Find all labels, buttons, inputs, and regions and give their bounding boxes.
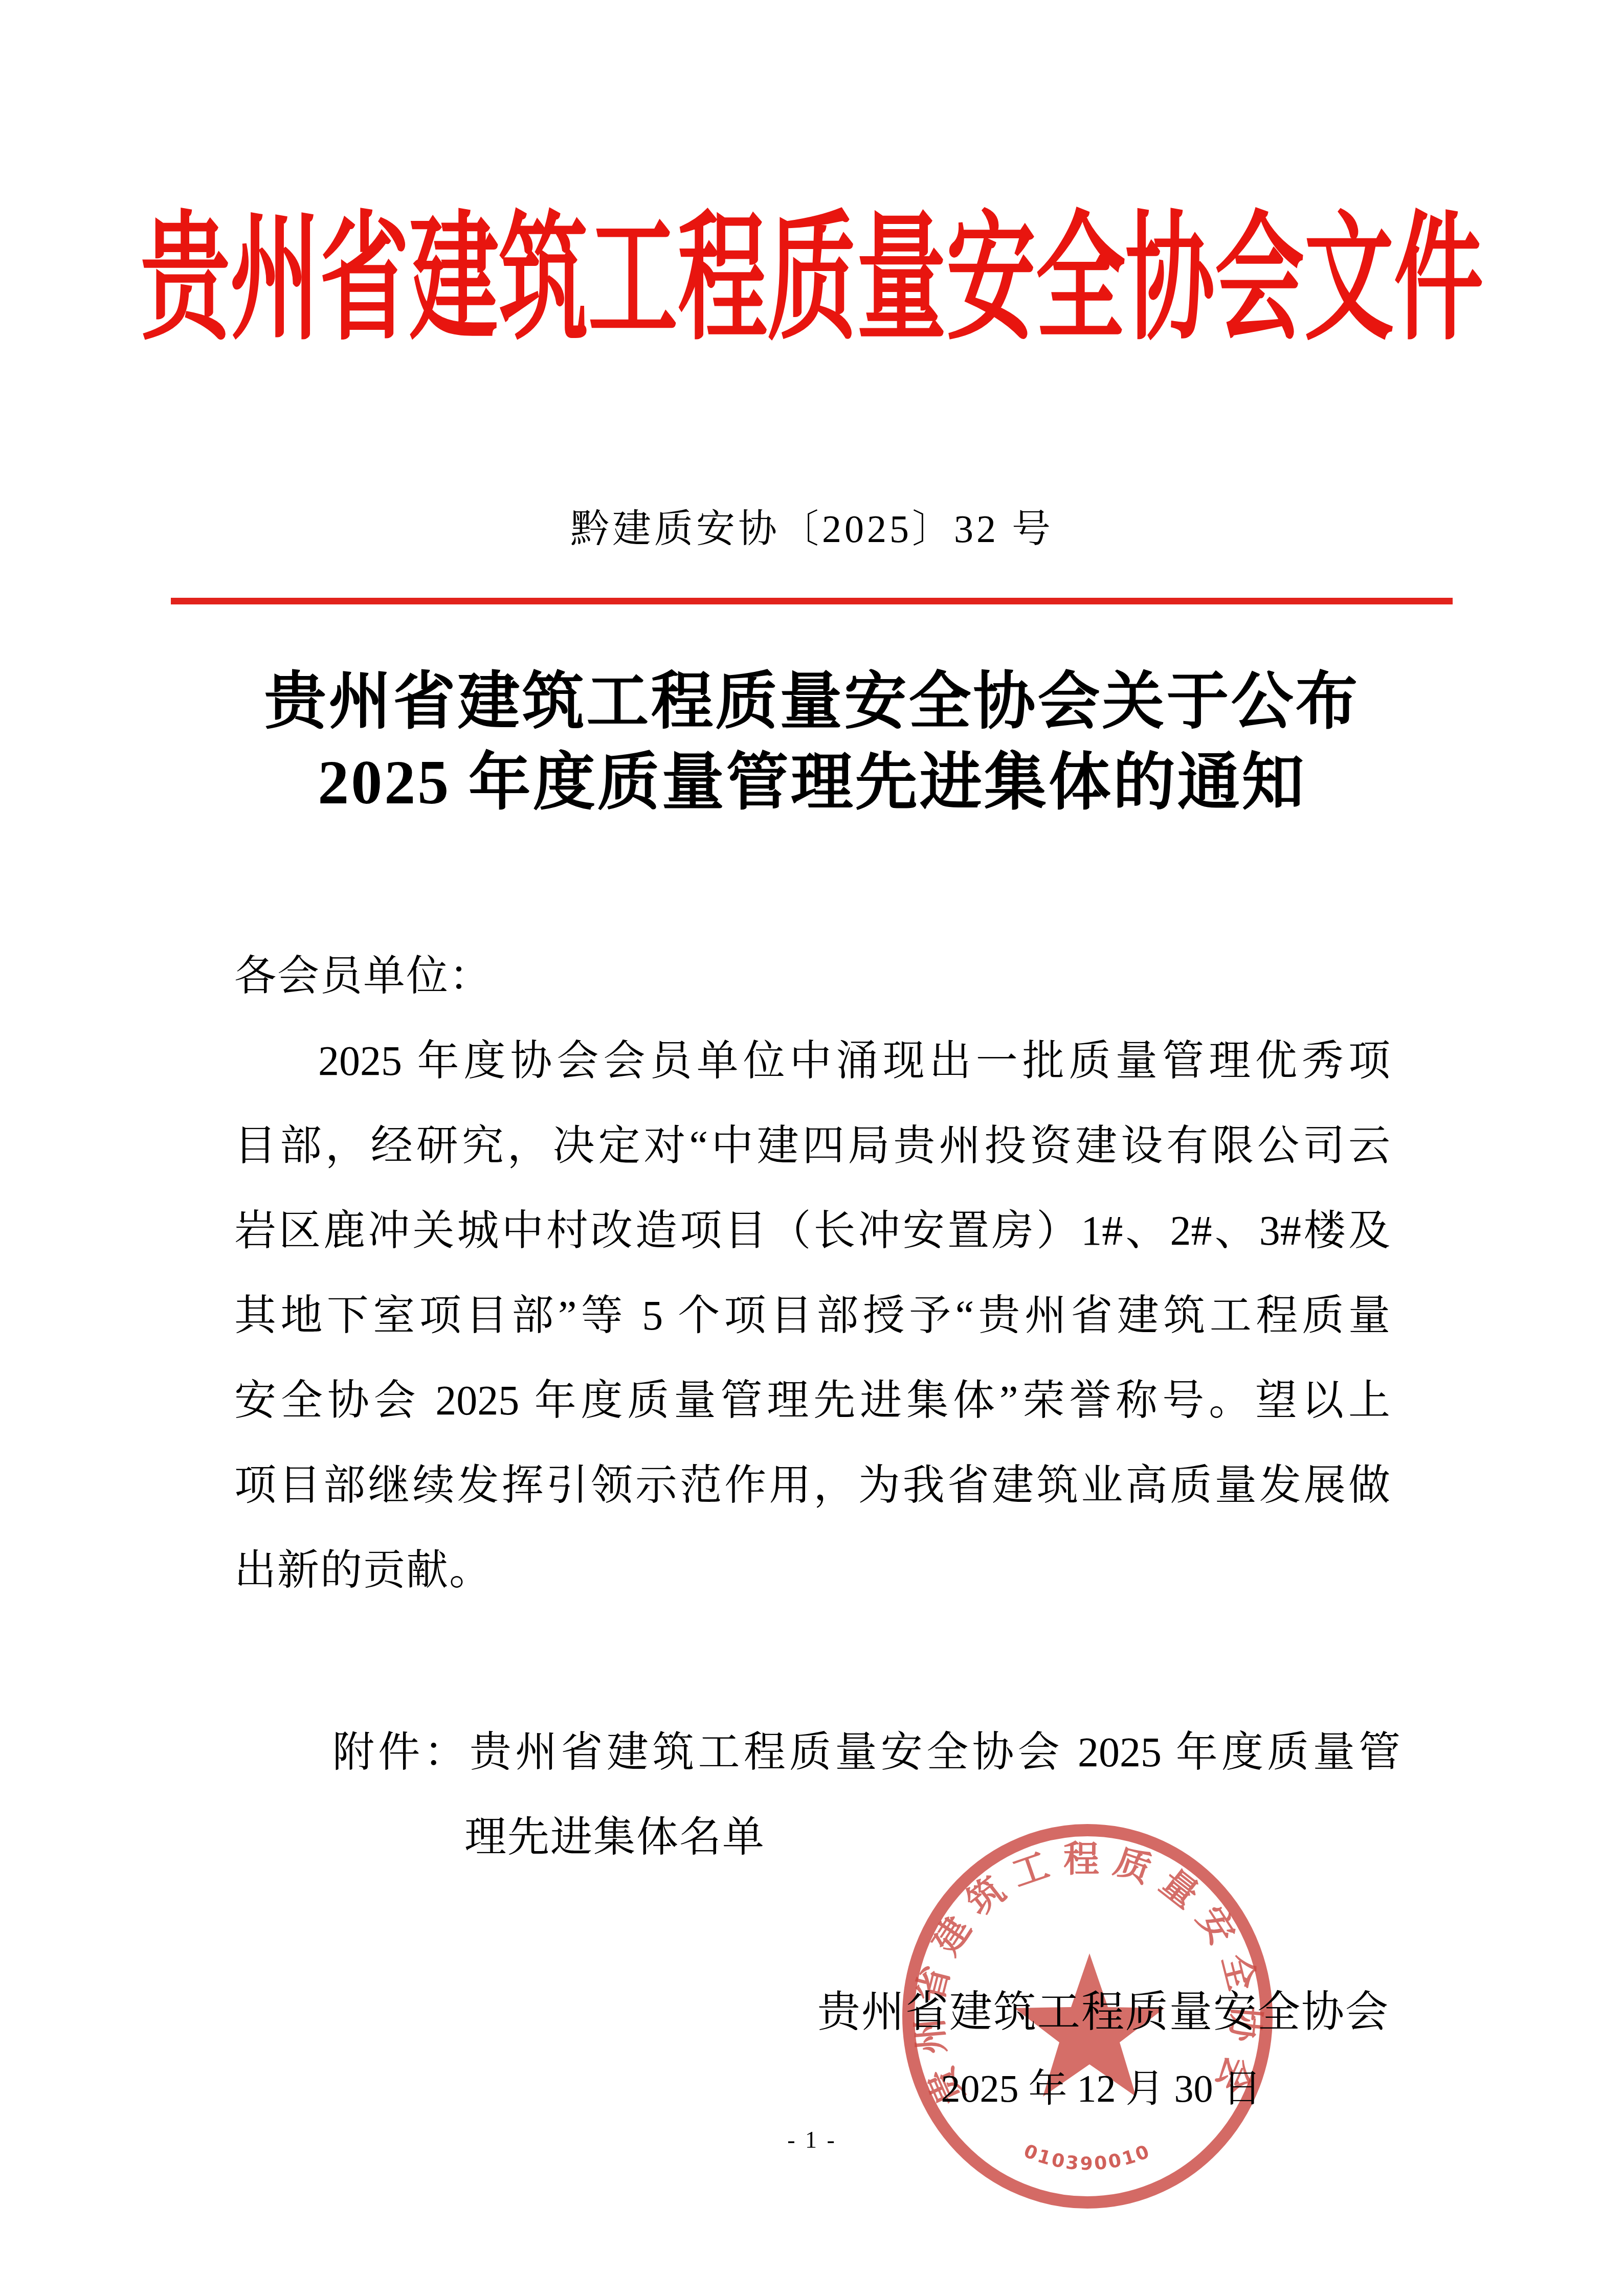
paragraph-line: 其地下室项目部”等 5 个项目部授予“贵州省建筑工程质量 xyxy=(234,1273,1390,1358)
attachment-reference: 附件：贵州省建筑工程质量安全协会 2025 年度质量管 理先进集体名单 xyxy=(332,1710,1400,1880)
paragraph-line: 项目部继续发挥引领示范作用，为我省建筑业高质量发展做 xyxy=(234,1443,1390,1528)
attachment-line-1: 附件：贵州省建筑工程质量安全协会 2025 年度质量管 xyxy=(332,1710,1400,1795)
paragraph-line: 出新的贡献。 xyxy=(234,1528,1390,1613)
salutation: 各会员单位： xyxy=(234,934,1390,1019)
attachment-line-2: 理先进集体名单 xyxy=(464,1795,1400,1880)
paragraph-line: 2025 年度协会会员单位中涌现出一批质量管理优秀项 xyxy=(234,1019,1390,1104)
document-title-line-1: 贵州省建筑工程质量安全协会关于公布 xyxy=(0,671,1624,733)
paragraph-line: 岩区鹿冲关城中村改造项目（长冲安置房）1#、2#、3#楼及 xyxy=(234,1188,1390,1273)
signature-date: 2025 年 12 月 30 日 xyxy=(813,2069,1389,2108)
document-title-line-2: 2025 年度质量管理先进集体的通知 xyxy=(0,752,1624,814)
red-header-banner: 贵州省建筑工程质量安全协会文件 xyxy=(0,211,1624,349)
page-number: - 1 - xyxy=(0,2128,1624,2152)
red-rule-divider xyxy=(171,598,1453,604)
signature-org: 贵州省建筑工程质量安全协会 xyxy=(234,1991,1389,2034)
paragraph-line: 安全协会 2025 年度质量管理先进集体”荣誉称号。望以上 xyxy=(234,1358,1390,1443)
paragraph-line: 目部，经研究，决定对“中建四局贵州投资建设有限公司云 xyxy=(234,1104,1390,1188)
doc-number: 黔建质安协〔2025〕32 号 xyxy=(0,510,1624,549)
body-text: 各会员单位： 2025 年度协会会员单位中涌现出一批质量管理优秀项 目部，经研究… xyxy=(234,934,1390,1613)
document-page: 贵州省建筑工程质量安全协会文件 黔建质安协〔2025〕32 号 贵州省建筑工程质… xyxy=(0,0,1624,2296)
